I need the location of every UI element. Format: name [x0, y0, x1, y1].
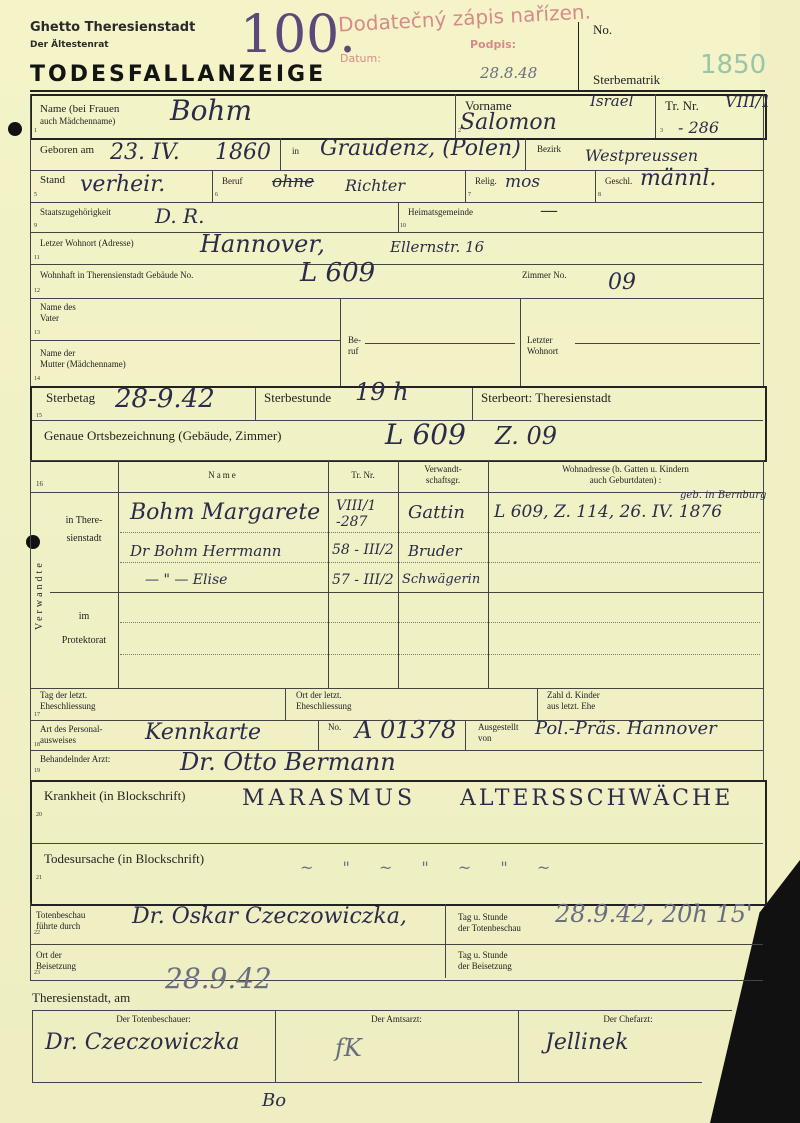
divider — [520, 298, 521, 386]
left-border — [30, 94, 31, 386]
religion-label: Relig. — [475, 176, 497, 187]
sterbestunde-value: 19 h — [355, 378, 409, 406]
dotted-line — [120, 622, 760, 623]
signature-amtsarzt: fK — [335, 1034, 362, 1062]
wohnhaft-value: L 609 — [300, 258, 375, 288]
divider — [318, 720, 319, 750]
divider — [118, 460, 119, 688]
header-rule — [30, 90, 765, 92]
name-value: Bohm — [170, 94, 252, 127]
id-no-label: No. — [328, 722, 341, 733]
col-tr-nr-header: Tr. Nr. — [328, 470, 398, 481]
tr-nr-label: Tr. Nr. — [665, 98, 699, 114]
id-type-label: Art des Personal-ausweises — [40, 724, 103, 746]
punch-hole — [8, 122, 22, 136]
illness-value-1: MARASMUS — [242, 786, 416, 811]
col-relation-header: Verwandt-schaftsgr. — [398, 464, 488, 486]
tr-nr-bottom-value: - 286 — [678, 118, 719, 137]
row-divider — [32, 843, 763, 844]
dotted-line — [120, 562, 760, 563]
field-number: 14 — [34, 376, 40, 382]
divider — [537, 688, 538, 720]
vorname-extra: Israel — [590, 92, 633, 110]
marriage-date-label: Tag der letzt.Eheschliessung — [40, 690, 96, 712]
signature-label-totenbeschauer: Der Totenbeschauer: — [32, 1014, 275, 1025]
col-address-header: Wohnadresse (b. Gatten u. Kindernauch Ge… — [488, 464, 763, 486]
place-date-value: 28.9.42 — [165, 962, 272, 995]
field-number: 10 — [400, 223, 406, 229]
divider — [655, 94, 656, 138]
divider — [398, 202, 399, 232]
inspection-time-value: 28.9.42, 20h 15' — [555, 900, 753, 928]
stand-value: verheir. — [80, 172, 165, 197]
zimmer-label: Zimmer No. — [522, 270, 567, 281]
relative-relation: Bruder — [408, 542, 462, 560]
beruf-struck-value: ohne — [272, 172, 314, 192]
form-title: TODESFALLANZEIGE — [30, 62, 326, 87]
relative-name: Dr Bohm Herrmann — [130, 542, 281, 560]
field-number: 1 — [34, 128, 37, 134]
row-divider — [118, 592, 763, 593]
signature-totenbeschauer: Dr. Czeczowiczka — [45, 1030, 240, 1055]
relative-tr-nr: 58 - III/2 — [332, 542, 394, 558]
field-number: 7 — [468, 192, 471, 198]
illness-label: Krankheit (in Blockschrift) — [44, 788, 186, 804]
signature-label-amtsarzt: Der Amtsarzt: — [275, 1014, 518, 1025]
geschlecht-label: Geschl. — [605, 176, 632, 187]
sterbetag-label: Sterbetag — [46, 390, 95, 406]
place-date-label: Theresienstadt, am — [32, 990, 130, 1006]
field-number: 12 — [34, 288, 40, 294]
field-number: 17 — [34, 712, 40, 718]
row-divider — [30, 232, 763, 233]
organization-name: Ghetto Theresienstadt — [30, 20, 195, 35]
signature-chefarzt: Jellinek — [545, 1030, 628, 1055]
relative-name: Bohm Margarete — [130, 500, 320, 525]
row-divider — [30, 492, 763, 493]
header-divider — [578, 22, 579, 90]
stamp-podpis-label: Podpis: — [470, 38, 516, 51]
issued-by-label: Ausgestelltvon — [478, 722, 519, 744]
row-divider — [30, 460, 763, 461]
children-label: Zahl d. Kinderaus letzt. Ehe — [547, 690, 600, 712]
field-number: 3 — [660, 128, 663, 134]
id-no-value: A 01378 — [355, 716, 456, 744]
left-border — [30, 902, 31, 980]
sterbematrik-value: 1850 — [700, 50, 766, 80]
divider — [285, 688, 286, 720]
physician-value: Dr. Otto Bermann — [180, 748, 396, 776]
row-divider — [50, 592, 118, 593]
relative-relation: Gattin — [408, 502, 465, 523]
illness-value-2: ALTERSSCHWÄCHE — [460, 786, 733, 811]
name-label: Name (bei Frauenauch Mädchenname) — [40, 103, 119, 127]
bezirk-label: Bezirk — [537, 144, 561, 155]
geboren-year: 1860 — [215, 140, 271, 165]
name-row-box — [30, 94, 767, 140]
field-number: 5 — [34, 192, 37, 198]
ortsbezeichnung-room: Z. 09 — [495, 422, 557, 450]
relative-address: L 609, Z. 114, 26. IV. 1876 — [494, 502, 722, 522]
divider — [595, 170, 596, 202]
right-border — [763, 94, 764, 386]
mutter-label: Name derMutter (Mädchenname) — [40, 348, 126, 370]
ortsbezeichnung-label: Genaue Ortsbezeichnung (Gebäude, Zimmer) — [44, 428, 282, 444]
id-type-value: Kennkarte — [145, 720, 261, 745]
relative-tr-nr: VIII/1 -287 — [336, 498, 396, 530]
burial-place-label: Ort derBeisetzung — [36, 950, 76, 972]
field-number: 19 — [34, 768, 40, 774]
geboren-label: Geboren am — [40, 144, 94, 156]
field-number: 22 — [34, 930, 40, 936]
field-number: 8 — [598, 192, 601, 198]
zimmer-value: 09 — [608, 270, 636, 295]
physician-label: Behandelnder Arzt: — [40, 754, 110, 765]
inspection-value: Dr. Oskar Czeczowiczka, — [132, 904, 407, 929]
relatives-side-label: Verwandte — [34, 520, 45, 630]
row-divider — [30, 980, 763, 981]
stand-label: Stand — [40, 174, 65, 186]
row-divider — [32, 1082, 702, 1083]
parent-beruf-label: Be-ruf — [348, 335, 361, 357]
field-number: 18 — [34, 742, 40, 748]
divider — [340, 298, 341, 386]
marriage-place-label: Ort der letzt.Eheschliessung — [296, 690, 352, 712]
staatszugehoerigkeit-value: D. R. — [155, 204, 204, 228]
row-divider — [30, 750, 763, 751]
stamp-datum-label: Datum: — [340, 52, 381, 65]
parent-wohnort-label: LetzterWohnort — [527, 335, 558, 357]
cause-value: ~ " ~ " ~ " ~ — [300, 858, 562, 877]
divider — [465, 170, 466, 202]
stamp-pencil-date: 28.8.48 — [480, 64, 537, 82]
sterbematrik-label: Sterbematrik — [593, 72, 660, 88]
group-theresienstadt: in There- sienstadt — [50, 512, 118, 548]
row-divider — [30, 944, 763, 945]
letzter-wohnort-value: Hannover, — [200, 230, 325, 258]
divider — [212, 170, 213, 202]
left-border — [30, 460, 31, 690]
col-name-header: Name — [118, 470, 328, 481]
field-number: 23 — [34, 970, 40, 976]
row-divider — [30, 264, 763, 265]
divider — [455, 94, 456, 138]
relative-note: geb. in Bernburg — [680, 490, 766, 501]
field-number: 9 — [34, 223, 37, 229]
field-number: 21 — [36, 875, 42, 881]
inspection-label: Totenbeschauführte durch — [36, 910, 85, 932]
beruf-value: Richter — [345, 176, 405, 195]
heimatsgemeinde-label: Heimatsgemeinde — [408, 207, 473, 218]
divider — [280, 138, 281, 170]
in-label: in — [292, 146, 299, 157]
wohnhaft-label: Wohnhaft in Therensienstadt Gebäude No. — [40, 270, 193, 281]
letzter-wohnort-label: Letzer Wohnort (Adresse) — [40, 238, 134, 249]
divider — [465, 720, 466, 750]
field-number: 2 — [458, 128, 461, 134]
birthplace-value: Graudenz, (Polen) — [320, 136, 521, 161]
geschlecht-value: männl. — [640, 166, 716, 191]
row-divider — [30, 298, 763, 299]
beruf-label: Beruf — [222, 176, 243, 187]
ortsbezeichnung-building: L 609 — [385, 418, 466, 451]
issued-by-value: Pol.-Präs. Hannover — [535, 718, 717, 739]
row-divider — [30, 688, 763, 689]
vorname-value: Salomon — [460, 110, 557, 135]
divider — [445, 904, 446, 978]
vater-label: Name desVater — [40, 302, 76, 324]
fill-line — [365, 343, 515, 344]
initials: Bo — [262, 1090, 286, 1111]
religion-value: mos — [505, 172, 540, 192]
divider — [255, 388, 256, 420]
sterbestunde-label: Sterbestunde — [264, 390, 331, 406]
fill-line — [575, 343, 760, 344]
row-divider — [30, 340, 340, 341]
row-number: 16 — [36, 480, 43, 488]
divider — [472, 388, 473, 420]
cause-label: Todesursache (in Blockschrift) — [44, 851, 204, 867]
inspection-time-label: Tag u. Stundeder Totenbeschau — [458, 912, 521, 934]
no-label: No. — [593, 22, 612, 38]
signature-label-chefarzt: Der Chefarzt: — [518, 1014, 738, 1025]
right-border — [763, 688, 764, 780]
field-number: 6 — [215, 192, 218, 198]
geboren-day-month: 23. IV. — [110, 140, 180, 165]
field-number: 11 — [34, 255, 40, 261]
relative-name: — " — Elise — [145, 572, 227, 588]
burial-time-label: Tag u. Stundeder Beisetzung — [458, 950, 512, 972]
field-number: 20 — [36, 812, 42, 818]
relative-tr-nr: 57 - III/2 — [332, 572, 394, 588]
relative-relation: Schwägerin — [402, 572, 480, 587]
letzter-wohnort-street: Ellernstr. 16 — [390, 238, 484, 256]
dotted-line — [120, 532, 760, 533]
staatszugehoerigkeit-label: Staatszugehörigkeit — [40, 207, 111, 218]
sub-organization: Der Ältestenrat — [30, 40, 109, 50]
row-divider — [30, 202, 763, 203]
tr-nr-top-value: VIII/1 — [725, 92, 771, 111]
divider — [525, 138, 526, 170]
field-number: 15 — [36, 413, 42, 419]
heimatsgemeinde-value: — — [540, 200, 558, 221]
field-number: 13 — [34, 330, 40, 336]
group-protektorat: imProtektorat — [50, 605, 118, 653]
row-divider — [32, 1010, 732, 1011]
dotted-line — [120, 654, 760, 655]
sterbeort-label: Sterbeort: Theresienstadt — [481, 390, 611, 406]
left-border — [30, 688, 31, 780]
sterbetag-value: 28-9.42 — [115, 384, 215, 414]
bezirk-value: Westpreussen — [585, 146, 698, 165]
